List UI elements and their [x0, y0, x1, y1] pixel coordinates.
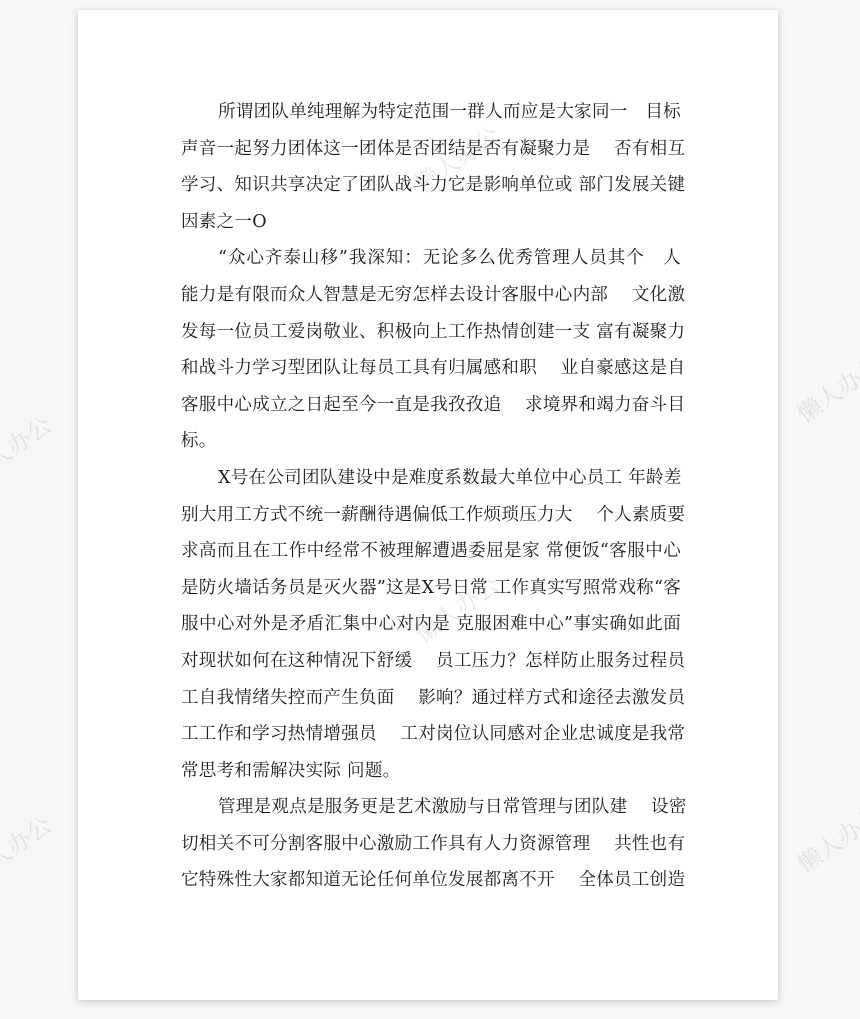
text-line: 学习、知识共享决定了团队战斗力它是影响单位或 部门发展关键	[181, 167, 681, 204]
text-line: 标。	[181, 423, 681, 460]
paragraph: 所谓团队单纯理解为特定范围一群人而应是大家同一 目标声音一起努力团体这一团体是否…	[181, 94, 681, 240]
paragraph: X号在公司团队建设中是难度系数最大单位中心员工 年龄差别大用工方式不统一薪酬待遇…	[181, 460, 681, 789]
text-line: 常思考和需解决实际 问题。	[181, 753, 681, 790]
paragraph: “众心齐泰山移”我深知：无论多么优秀管理人员其个 人能力是有限而众人智慧是无穷怎…	[181, 240, 681, 460]
text-line: 所谓团队单纯理解为特定范围一群人而应是大家同一 目标	[181, 94, 681, 131]
text-line: 客服中心成立之日起至今一直是我孜孜追 求境界和竭力奋斗目	[181, 387, 681, 424]
text-line: X号在公司团队建设中是难度系数最大单位中心员工 年龄差	[181, 460, 681, 497]
text-line: 切相关不可分割客服中心激励工作具有人力资源管理 共性也有	[181, 826, 681, 863]
watermark: 懒人办公	[789, 346, 860, 430]
document-body: 所谓团队单纯理解为特定范围一群人而应是大家同一 目标声音一起努力团体这一团体是否…	[181, 94, 681, 899]
text-line: 工工作和学习热情增强员 工对岗位认同感对企业忠诚度是我常	[181, 716, 681, 753]
text-line: 能力是有限而众人智慧是无穷怎样去设计客服中心内部 文化激	[181, 277, 681, 314]
text-line: 是防火墙话务员是灭火器”这是X号日常 工作真实写照常戏称“客	[181, 570, 681, 607]
text-line: 对现状如何在这种情况下舒缓 员工压力？怎样防止服务过程员	[181, 643, 681, 680]
watermark: 懒人办公	[0, 806, 57, 890]
document-page: 所谓团队单纯理解为特定范围一群人而应是大家同一 目标声音一起努力团体这一团体是否…	[78, 10, 778, 1000]
watermark: 懒人办公	[0, 406, 57, 490]
text-line: 管理是观点是服务更是艺术激励与日常管理与团队建 设密	[181, 789, 681, 826]
watermark: 懒人办公	[789, 796, 860, 880]
text-line: 因素之一O	[181, 204, 681, 241]
text-line: “众心齐泰山移”我深知：无论多么优秀管理人员其个 人	[181, 240, 681, 277]
text-line: 声音一起努力团体这一团体是否团结是否有凝聚力是 否有相互	[181, 131, 681, 168]
paragraph: 管理是观点是服务更是艺术激励与日常管理与团队建 设密切相关不可分割客服中心激励工…	[181, 789, 681, 899]
text-line: 和战斗力学习型团队让每员工具有归属感和职 业自豪感这是自	[181, 350, 681, 387]
text-line: 别大用工方式不统一薪酬待遇偏低工作烦琐压力大 个人素质要	[181, 497, 681, 534]
text-line: 求高而且在工作中经常不被理解遭遇委屈是家 常便饭“客服中心	[181, 533, 681, 570]
text-line: 发每一位员工爱岗敬业、积极向上工作热情创建一支 富有凝聚力	[181, 314, 681, 351]
text-line: 工自我情绪失控而产生负面 影响？通过样方式和途径去激发员	[181, 680, 681, 717]
text-line: 它特殊性大家都知道无论任何单位发展都离不开 全体员工创造	[181, 862, 681, 899]
text-line: 服中心对外是矛盾汇集中心对内是 克服困难中心”事实确如此面	[181, 606, 681, 643]
